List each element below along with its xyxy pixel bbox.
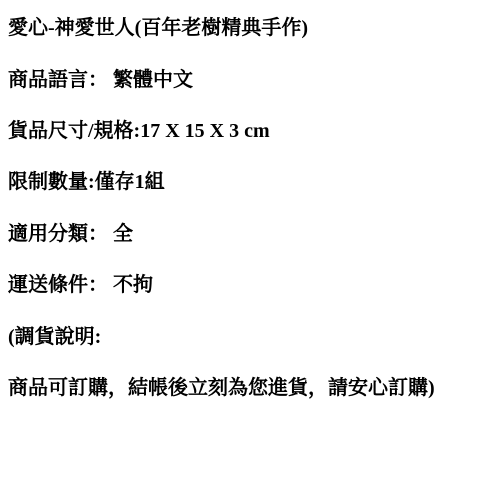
detail-quantity-limit: 限制數量:僅存1組 <box>8 154 492 205</box>
detail-shipping-condition: 運送條件： 不拘 <box>8 257 492 308</box>
detail-language: 商品語言： 繁體中文 <box>8 51 492 102</box>
detail-category: 適用分類： 全 <box>8 206 492 257</box>
product-title: 愛心-神愛世人(百年老樹精典手作) <box>8 0 492 51</box>
product-description-document: 愛心-神愛世人(百年老樹精典手作) 商品語言： 繁體中文 貨品尺寸/規格:17 … <box>0 0 500 500</box>
restock-note-opening: (調貨說明: <box>8 308 492 359</box>
restock-note-body: 商品可訂購，結帳後立刻為您進貨，請安心訂購) <box>8 360 492 411</box>
detail-dimensions: 貨品尺寸/規格:17 X 15 X 3 cm <box>8 103 492 154</box>
